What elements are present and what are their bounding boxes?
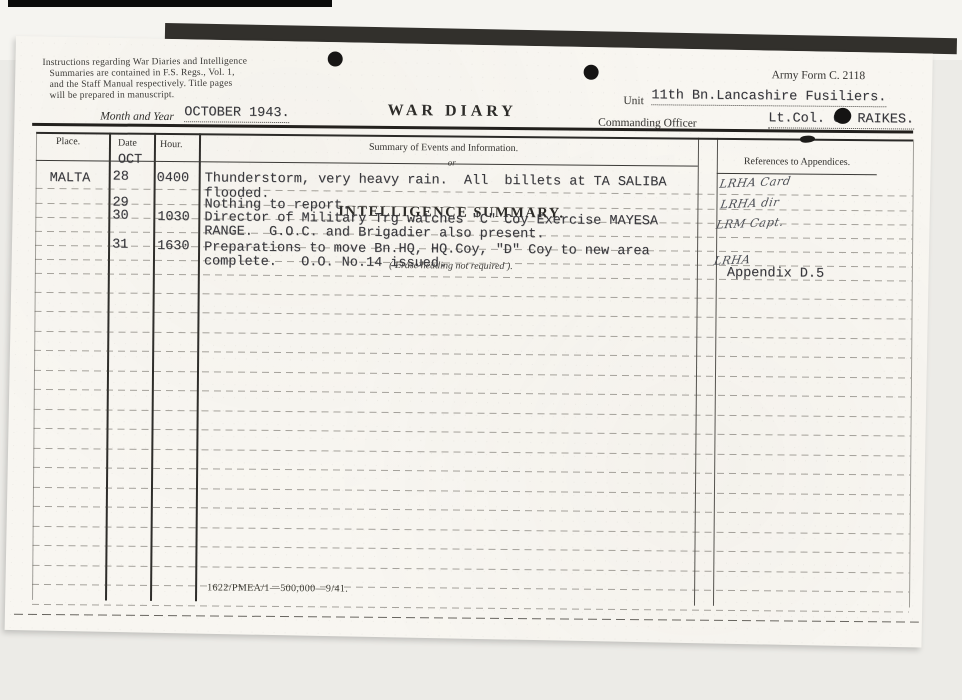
month-year-label: Month and Year — [100, 110, 174, 123]
appendix-note: Appendix D.5 — [727, 267, 824, 282]
ruled-line — [33, 467, 910, 476]
form-content: Instructions regarding War Diaries and I… — [10, 41, 932, 643]
table-bottom-rule — [14, 614, 919, 623]
handwritten-initials: LRHA Card — [719, 174, 793, 191]
unit-value: 11th Bn.Lancashire Fusiliers. — [651, 89, 886, 107]
instructions-line: will be prepared in manuscript. — [43, 89, 313, 102]
col-header-date: Date — [118, 138, 137, 149]
unit-label: Unit — [623, 95, 644, 107]
ruled-line — [34, 389, 911, 398]
entry-line: complete. O.O. No.14 issued. — [204, 255, 447, 271]
scanned-document: Instructions regarding War Diaries and I… — [0, 0, 962, 700]
ruled-line — [33, 526, 910, 535]
entry-date: 28 — [113, 171, 129, 185]
handwritten-initials: LRM Capt. — [715, 215, 785, 232]
ruled-line — [34, 331, 911, 340]
ruled-line — [32, 584, 909, 593]
entry-line: Thunderstorm, very heavy rain. All bille… — [205, 172, 667, 190]
col-header-hour: Hour. — [160, 139, 183, 150]
war-diary-page: Instructions regarding War Diaries and I… — [5, 36, 933, 647]
month-year-value: OCTOBER 1943. — [184, 106, 289, 123]
col-header-summary: Summary of Events and Information. — [369, 142, 518, 154]
punch-hole-icon — [834, 108, 851, 124]
handwritten-initials: LRHA dir — [719, 195, 780, 212]
ruled-line — [32, 565, 909, 574]
entry-date: 31 — [112, 239, 128, 253]
scan-artifact-strip — [8, 0, 332, 7]
army-form-number: Army Form C. 2118 — [772, 69, 866, 82]
ruled-line — [33, 448, 910, 457]
ruled-line — [33, 506, 910, 515]
instructions-note: Instructions regarding War Diaries and I… — [42, 56, 312, 102]
ruled-line — [34, 428, 911, 437]
ruled-line — [35, 311, 912, 320]
ruled-line — [33, 487, 910, 496]
entry-hour: 1630 — [157, 240, 190, 254]
entry-hour: 1030 — [157, 211, 190, 225]
ruled-line — [34, 350, 911, 359]
ruled-line — [34, 370, 911, 379]
print-code-footer: 1622/PMEA/1—500,000—9/41. — [207, 582, 348, 594]
entry-line: RANGE. G.O.C. and Brigadier also present… — [204, 225, 544, 242]
month-abbr: OCT — [118, 154, 142, 168]
punch-hole-icon — [584, 65, 599, 80]
ink-blot — [800, 135, 816, 143]
entry-hour: 0400 — [157, 172, 190, 186]
punch-hole-icon — [328, 51, 343, 66]
place-value: MALTA — [50, 172, 91, 186]
ruled-line — [34, 409, 911, 418]
col-header-place: Place. — [56, 136, 80, 147]
ruled-line — [32, 545, 909, 554]
form-title: WAR DIARY — [332, 101, 572, 121]
entry-date: 30 — [112, 210, 128, 224]
ruled-line — [32, 604, 909, 613]
col-header-references: References to Appendices. — [744, 156, 850, 168]
